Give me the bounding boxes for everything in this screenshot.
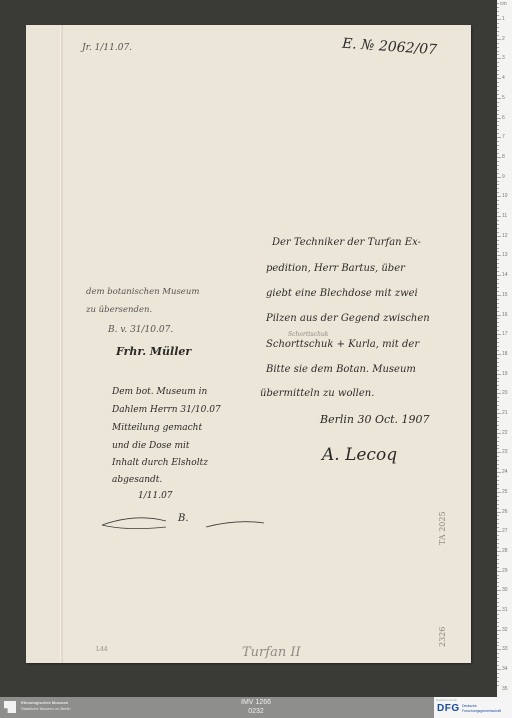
ruler-tick [497,626,499,627]
ruler-tick [497,484,499,485]
museum-sub-text: Staatliche Museen zu Berlin [21,706,71,712]
ruler-tick [497,488,499,489]
ruler-tick [497,445,499,446]
ruler-tick [497,492,501,493]
ruler-mark: 13 [502,252,508,258]
letter-line: Schorttschuk + Kurla, mit der [266,339,419,350]
ruler-mark: 34 [502,666,508,672]
note-line: abgesandt. [112,475,162,485]
ruler-tick [497,653,499,654]
letter-line: Pilzen aus der Gegend zwischen [266,313,430,324]
ruler-tick [497,326,499,327]
ruler-tick [497,318,499,319]
ruler-mark: 26 [502,509,508,515]
ruler-tick [497,504,499,505]
ruler-tick [497,133,499,134]
ruler-mark: 5 [502,95,505,101]
ruler-tick [497,334,501,335]
ruler-mark: 31 [502,607,508,613]
ruler-tick [497,275,501,276]
note-line: 1/11.07 [138,491,173,501]
ruler-mark: 9 [502,174,505,180]
letter-line: pedition, Herr Bartus, über [266,263,405,274]
ruler-tick [497,405,499,406]
ruler-mark: 3 [502,55,505,61]
ruler-tick [497,397,499,398]
ruler-tick [497,35,499,36]
place-date: Berlin 30 Oct. 1907 [320,413,430,426]
ruler-tick [497,169,499,170]
vertical-number: 2326 [438,627,447,647]
ruler-mark: 19 [502,371,508,377]
ruler-mark: 1 [502,16,505,22]
ruler-mark: 21 [502,410,508,416]
ruler-tick [497,413,501,414]
ruler-tick [497,496,499,497]
ruler-tick [497,602,499,603]
inventory-number: IMV 1266 [220,698,292,707]
ruler-tick [497,464,499,465]
note-line: Dem bot. Museum in [112,387,207,397]
ruler-tick [497,102,499,103]
interlinear-pencil: Schorttschuk [288,331,328,338]
ruler-tick [497,425,499,426]
folded-margin [26,25,61,663]
ruler-tick [497,370,499,371]
ruler-tick [497,378,499,379]
ruler-tick [497,681,499,682]
ruler-tick [497,571,501,572]
ruler-tick [497,98,501,99]
ruler-tick [497,110,499,111]
ruler-tick [497,27,499,28]
ruler-tick [497,476,499,477]
document-page: Jr. 1/11.07. E. № 2062/07 Der Techniker … [26,25,471,663]
ruler-tick [497,200,499,201]
ruler-mark: 7 [502,134,505,140]
ruler-tick [497,665,499,666]
ruler-tick [497,638,499,639]
ruler-tick [497,255,501,256]
ruler-tick [497,586,499,587]
ruler-mark: 25 [502,489,508,495]
ruler-tick [497,685,499,686]
ruler-tick [497,582,499,583]
ruler-tick [497,567,499,568]
ruler-tick [497,287,499,288]
note-line: Mitteilung gemacht [112,423,202,433]
ruler-tick [497,578,499,579]
ruler-tick [497,614,499,615]
ruler-tick [497,188,499,189]
ruler-tick [497,78,501,79]
ruler-tick [497,125,499,126]
ruler-mark: 23 [502,449,508,455]
fold-line [60,25,63,663]
ruler-tick [497,7,499,8]
ruler-tick [497,62,499,63]
ruler-tick [497,271,499,272]
ruler-tick [497,315,501,316]
ruler-tick [497,342,499,343]
ruler-tick [497,634,499,635]
ruler-tick [497,192,499,193]
ruler-tick [497,299,499,300]
ruler-mark: 12 [502,233,508,239]
ruler-tick [497,539,499,540]
ruler-tick [497,472,501,473]
ruler-tick [497,259,499,260]
ruler-tick [497,429,499,430]
note-line: und die Dose mit [112,441,190,451]
ruler-tick [497,23,499,24]
ruler-tick [497,366,499,367]
ruler-tick [497,283,499,284]
scan-background: Jr. 1/11.07. E. № 2062/07 Der Techniker … [0,0,497,697]
ruler-tick [497,508,499,509]
ruler-tick [497,118,501,119]
ruler-mark: 30 [502,587,508,593]
ruler-tick [497,153,499,154]
ruler-tick [497,43,499,44]
ruler-tick [497,393,501,394]
page-number: 0232 [220,707,292,716]
museum-name: Ethnologisches Museum Staatliche Museen … [21,700,71,712]
ruler-tick [497,409,499,410]
dfg-icon: DFG [437,703,460,714]
ruler-mark: 6 [502,115,505,121]
ruler-mark: 16 [502,312,508,318]
ruler-tick [497,181,499,182]
dfg-name: Deutsche Forschungsgemeinschaft [462,704,501,713]
ruler-mark: 14 [502,272,508,278]
ruler-tick [497,389,499,390]
letter-line: Bitte sie dem Botan. Museum [266,364,416,375]
ruler-mark: 33 [502,646,508,652]
note-line: Dahlem Herrn 31/10.07 [112,405,221,415]
ruler-tick [497,149,499,150]
ruler-tick [497,661,499,662]
letter-line: übermitteln zu wollen. [260,388,374,399]
annotation-line: B. v. 31/10.07. [108,325,173,335]
ruler-tick [497,295,501,296]
ruler-tick [497,480,499,481]
funded-by: Gefördert durch [436,698,457,702]
ruler-tick [497,563,499,564]
ruler-tick [497,19,501,20]
ruler-tick [497,527,499,528]
ruler-tick [497,555,499,556]
note-line: Inhalt durch Elsholtz [112,458,208,468]
ruler-tick [497,657,499,658]
ruler-tick [497,421,499,422]
ruler-tick [497,452,501,453]
letter-line: Der Techniker der Turfan Ex- [272,237,421,248]
ruler-tick [497,74,499,75]
ruler-tick [497,86,499,87]
ruler-tick [497,114,499,115]
ruler-tick [497,460,499,461]
ruler-tick [497,559,499,560]
ruler-tick [497,346,499,347]
cm-ruler: cm 1234567891011121314151617181920212223… [497,0,512,697]
ruler-tick [497,39,501,40]
ruler-tick [497,645,499,646]
ruler-tick [497,437,499,438]
ruler-tick [497,350,499,351]
ruler-tick [497,673,499,674]
inventory-info: IMV 1266 0232 [220,698,292,716]
ruler-tick [497,500,499,501]
ruler-tick [497,433,501,434]
ruler-tick [497,196,501,197]
ruler-tick [497,358,499,359]
ruler-tick [497,54,499,55]
ruler-tick [497,622,499,623]
ruler-tick [497,330,499,331]
ruler-tick [497,590,501,591]
ruler-tick [497,338,499,339]
ruler-tick [497,208,499,209]
ruler-unit: cm [500,1,507,7]
ruler-tick [497,240,499,241]
signature: A. Lecoq [322,445,397,465]
ruler-tick [497,307,499,308]
ruler-tick [497,137,501,138]
footer-bar: Ethnologisches Museum Staatliche Museen … [0,697,512,718]
ruler-tick [497,11,499,12]
ruler-tick [497,381,499,382]
ruler-tick [497,291,499,292]
ruler-tick [497,251,499,252]
ruler-tick [497,106,499,107]
ruler-tick [497,311,499,312]
ruler-mark: 27 [502,528,508,534]
ruler-tick [497,456,499,457]
ruler-tick [497,543,499,544]
ruler-mark: 15 [502,292,508,298]
ruler-tick [497,669,501,670]
ruler-mark: 32 [502,627,508,633]
bottom-pencil-note: Turfan II [242,645,301,660]
ruler-tick [497,184,499,185]
ruler-tick [497,58,501,59]
ruler-mark: 35 [502,686,508,692]
flourish-line [96,513,266,533]
ruler-tick [497,441,499,442]
ruler-tick [497,66,499,67]
ruler-tick [497,165,499,166]
ruler-tick [497,267,499,268]
ruler-tick [497,523,499,524]
ruler-tick [497,94,499,95]
ruler-tick [497,649,501,650]
ruler-tick [497,216,501,217]
ruler-tick [497,677,499,678]
vertical-number: TA 2025 [438,511,447,545]
top-left-note: Jr. 1/11.07. [82,43,132,53]
ruler-mark: 17 [502,331,508,337]
ruler-tick [497,220,499,221]
ruler-tick [497,31,499,32]
ruler-mark: 11 [502,213,507,219]
ruler-tick [497,417,499,418]
ruler-tick [497,212,499,213]
ruler-tick [497,512,501,513]
ruler-tick [497,173,499,174]
dfg-line2: Forschungsgemeinschaft [462,709,501,714]
ruler-tick [497,610,501,611]
ruler-tick [497,47,499,48]
ruler-tick [497,547,499,548]
ruler-tick [497,551,501,552]
ruler-tick [497,594,499,595]
ruler-tick [497,145,499,146]
ruler-tick [497,515,499,516]
ruler-tick [497,3,499,4]
ruler-tick [497,70,499,71]
ruler-tick [497,354,501,355]
ruler-tick [497,244,499,245]
ruler-tick [497,157,501,158]
ruler-mark: 8 [502,154,505,160]
ruler-tick [497,385,499,386]
ruler-tick [497,519,499,520]
annotation-signature: Frhr. Müller [116,345,191,358]
ruler-tick [497,82,499,83]
ruler-tick [497,618,499,619]
ruler-mark: 28 [502,548,508,554]
ruler-tick [497,362,499,363]
museum-logo-icon [4,701,16,713]
bottom-left-mark: L44 [96,646,108,653]
ruler-tick [497,90,499,91]
ruler-tick [497,177,501,178]
ruler-mark: 18 [502,351,508,357]
ruler-tick [497,263,499,264]
ruler-tick [497,15,499,16]
ruler-tick [497,228,499,229]
ruler-tick [497,236,501,237]
ruler-tick [497,374,501,375]
ruler-tick [497,642,499,643]
ruler-tick [497,606,499,607]
ruler-tick [497,531,501,532]
ruler-mark: 22 [502,430,508,436]
ruler-tick [497,129,499,130]
ruler-tick [497,630,501,631]
ruler-mark: 20 [502,390,508,396]
ruler-tick [497,468,499,469]
letter-line: giebt eine Blechdose mit zwei [266,288,418,299]
ruler-mark: 29 [502,568,508,574]
ruler-tick [497,448,499,449]
ruler-tick [497,204,499,205]
annotation-line: zu übersenden. [86,305,152,315]
ruler-mark: 2 [502,36,505,42]
ruler-mark: 10 [502,193,508,199]
ruler-mark: 24 [502,469,508,475]
ruler-tick [497,401,499,402]
ruler-tick [497,121,499,122]
ruler-tick [497,303,499,304]
ruler-tick [497,598,499,599]
reference-number: E. № 2062/07 [342,36,438,59]
annotation-line: dem botanischen Museum [86,287,199,297]
ruler-tick [497,535,499,536]
ruler-tick [497,232,499,233]
ruler-tick [497,141,499,142]
ruler-tick [497,161,499,162]
ruler-tick [497,51,499,52]
ruler-tick [497,322,499,323]
ruler-tick [497,279,499,280]
ruler-tick [497,575,499,576]
ruler-tick [497,248,499,249]
ruler-tick [497,224,499,225]
ruler-mark: 4 [502,75,505,81]
